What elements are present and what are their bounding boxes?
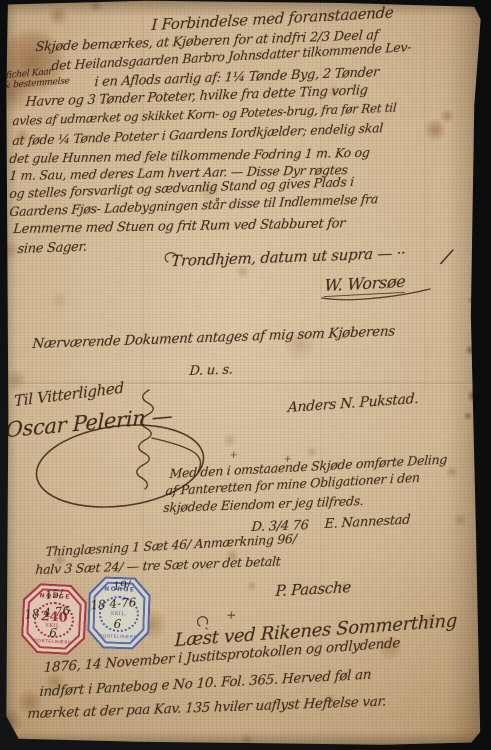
cross-mark-3: + xyxy=(226,608,237,622)
document-paper: I Forbindelse med foranstaaendeSkjøde be… xyxy=(0,0,491,750)
dus-line: D. u. s. xyxy=(189,362,233,379)
cancel-line: 18 4 76 xyxy=(24,604,71,622)
cancel-line: 18 4-76 xyxy=(90,595,137,612)
stamp-cancellation: 19/ 18 4-76 6 xyxy=(87,576,151,650)
revenue-stamp-red: NORGE 240 SKIL. SPORTELMÆRKE 15/ 18 4 76… xyxy=(20,582,88,655)
cross-mark-2: + xyxy=(283,454,292,465)
revenue-stamp-blue: NORGE SKIL. SPORTELMÆRKE 19/ 18 4-76 6 xyxy=(87,576,151,650)
photograph-of-document: I Forbindelse med foranstaaendeSkjøde be… xyxy=(0,0,491,750)
cancel-line: 19/ xyxy=(112,578,131,593)
cancel-line: 6 xyxy=(49,626,57,640)
signature-worsoe: W. Worsøe xyxy=(324,272,406,297)
main-line-13: sine Sager. xyxy=(17,240,87,257)
cancel-line: 15/ xyxy=(45,587,64,602)
stamp-cancellation: 15/ 18 4 76 6 xyxy=(20,582,88,655)
cancel-line: 6 xyxy=(113,617,121,631)
cross-mark-1: + xyxy=(229,450,238,461)
